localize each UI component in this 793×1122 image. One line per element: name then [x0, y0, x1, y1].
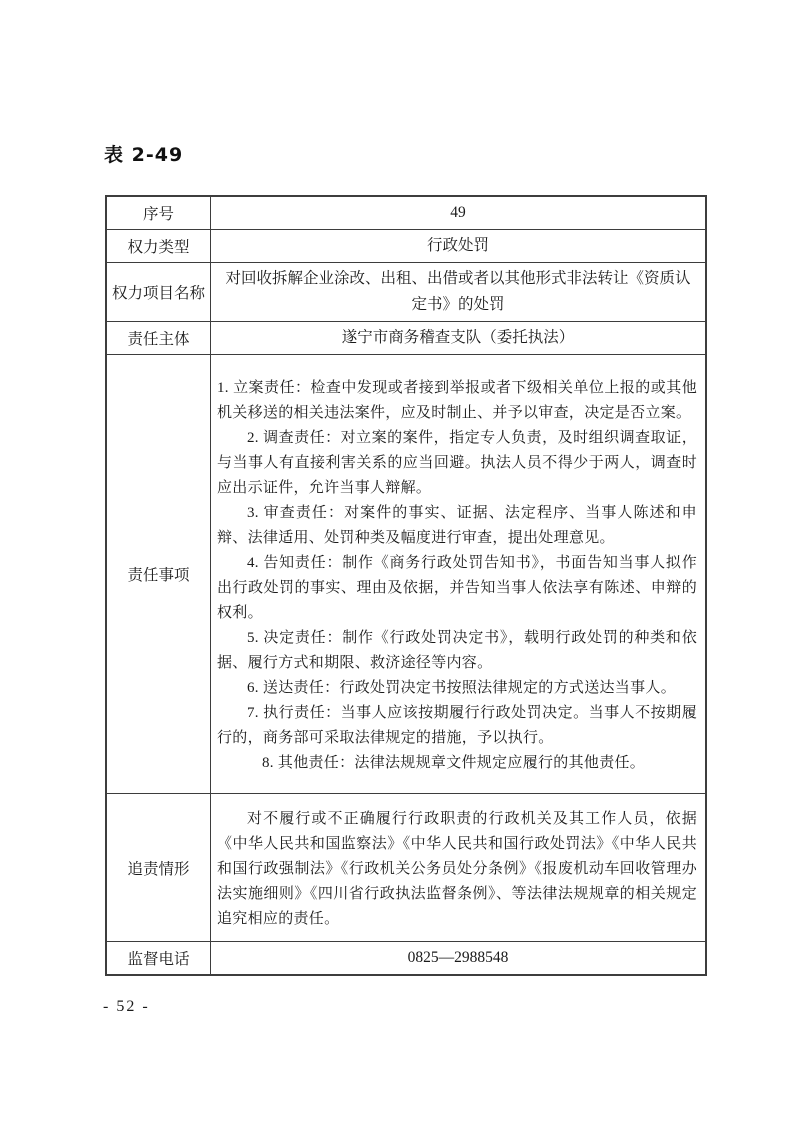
table-row-supervision-phone: 监督电话 0825—2988548: [107, 942, 705, 974]
power-item-value: 对回收拆解企业涂改、出租、出借或者以其他形式非法转让《资质认定书》的处罚: [211, 263, 705, 321]
power-item-label: 权力项目名称: [107, 263, 211, 321]
duty-paragraph-8: 8. 其他责任：法律法规规章文件规定应履行的其他责任。: [217, 751, 697, 776]
duty-items-content: 1. 立案责任：检查中发现或者接到举报或者下级相关单位上报的或其他机关移送的相关…: [211, 355, 705, 793]
duty-paragraph-6: 6. 送达责任：行政处罚决定书按照法律规定的方式送达当事人。: [217, 676, 697, 701]
authority-table: 序号 49 权力类型 行政处罚 权力项目名称 对回收拆解企业涂改、出租、出借或者…: [105, 195, 707, 976]
table-caption: 表 2-49: [104, 140, 183, 167]
duty-paragraph-5: 5. 决定责任：制作《行政处罚决定书》，载明行政处罚的种类和依据、履行方式和期限…: [217, 626, 697, 676]
duty-paragraph-2: 2. 调查责任：对立案的案件，指定专人负责，及时组织调查取证，与当事人有直接利害…: [217, 426, 697, 501]
duty-paragraph-3: 3. 审查责任：对案件的事实、证据、法定程序、当事人陈述和申辩、法律适用、处罚种…: [217, 501, 697, 551]
duty-paragraph-1: 1. 立案责任：检查中发现或者接到举报或者下级相关单位上报的或其他机关移送的相关…: [217, 376, 697, 426]
power-type-label: 权力类型: [107, 230, 211, 262]
duty-paragraph-4: 4. 告知责任：制作《商务行政处罚告知书》，书面告知当事人拟作出行政处罚的事实、…: [217, 551, 697, 626]
duty-paragraph-7: 7. 执行责任：当事人应该按期履行行政处罚决定。当事人不按期履行的，商务部可采取…: [217, 701, 697, 751]
table-row-power-item: 权力项目名称 对回收拆解企业涂改、出租、出借或者以其他形式非法转让《资质认定书》…: [107, 263, 705, 322]
responsible-body-label: 责任主体: [107, 322, 211, 354]
table-row-serial: 序号 49: [107, 197, 705, 230]
serial-value: 49: [211, 197, 705, 229]
accountability-label: 追责情形: [107, 794, 211, 941]
supervision-phone-label: 监督电话: [107, 942, 211, 974]
accountability-paragraph: 对不履行或不正确履行行政职责的行政机关及其工作人员，依据《中华人民共和国监察法》…: [217, 807, 697, 932]
duty-items-label: 责任事项: [107, 355, 211, 793]
power-type-value: 行政处罚: [211, 230, 705, 262]
table-row-accountability: 追责情形 对不履行或不正确履行行政职责的行政机关及其工作人员，依据《中华人民共和…: [107, 794, 705, 942]
serial-label: 序号: [107, 197, 211, 229]
responsible-body-value: 遂宁市商务稽查支队（委托执法）: [211, 322, 705, 354]
table-row-responsible-body: 责任主体 遂宁市商务稽查支队（委托执法）: [107, 322, 705, 355]
table-row-duty-items: 责任事项 1. 立案责任：检查中发现或者接到举报或者下级相关单位上报的或其他机关…: [107, 355, 705, 794]
page-number: - 52 -: [103, 998, 150, 1016]
accountability-content: 对不履行或不正确履行行政职责的行政机关及其工作人员，依据《中华人民共和国监察法》…: [211, 794, 705, 941]
table-row-power-type: 权力类型 行政处罚: [107, 230, 705, 263]
document-page: 表 2-49 序号 49 权力类型 行政处罚 权力项目名称 对回收拆解企业涂改、…: [0, 0, 793, 1122]
supervision-phone-value: 0825—2988548: [211, 942, 705, 974]
